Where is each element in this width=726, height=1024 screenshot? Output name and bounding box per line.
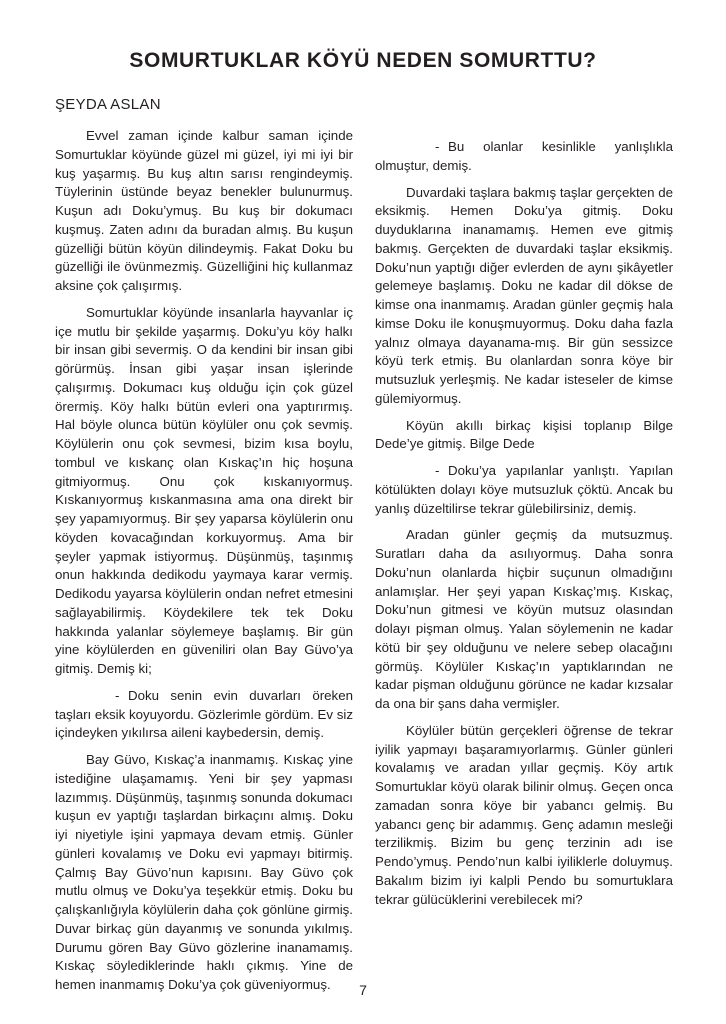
- paragraph: Evvel zaman içinde kalbur saman içinde S…: [55, 127, 353, 296]
- left-column: Evvel zaman içinde kalbur saman içinde S…: [55, 127, 353, 1003]
- dialog-paragraph: -Doku senin evin duvarları öreken taşlar…: [55, 687, 353, 743]
- dialog-dash: -: [405, 462, 448, 481]
- paragraph: Somurtuklar köyünde insanlarla hayvanlar…: [55, 304, 353, 679]
- paragraph: Köylüler bütün gerçekleri öğrense de tek…: [375, 722, 673, 910]
- story-title: SOMURTUKLAR KÖYÜ NEDEN SOMURTTU?: [0, 49, 726, 73]
- right-column: -Bu olanlar kesinlikle yanlışlıkla olmuş…: [375, 138, 673, 917]
- page-number: 7: [0, 982, 726, 998]
- paragraph: Aradan günler geçmiş da mutsuzmuş. Surat…: [375, 526, 673, 714]
- dialog-dash: -: [85, 687, 128, 706]
- author-name: ŞEYDA ASLAN: [55, 96, 161, 113]
- paragraph: Köyün akıllı birkaç kişisi toplanıp Bilg…: [375, 417, 673, 455]
- dialog-paragraph: -Doku’ya yapılanlar yanlıştı. Yapılan kö…: [375, 462, 673, 518]
- paragraph: Duvardaki taşlara bakmış taşlar gerçekte…: [375, 184, 673, 409]
- dialog-paragraph: -Bu olanlar kesinlikle yanlışlıkla olmuş…: [375, 138, 673, 176]
- paragraph: Bay Güvo, Kıskaç’a inanmamış. Kıskaç yin…: [55, 751, 353, 995]
- dialog-dash: -: [405, 138, 448, 157]
